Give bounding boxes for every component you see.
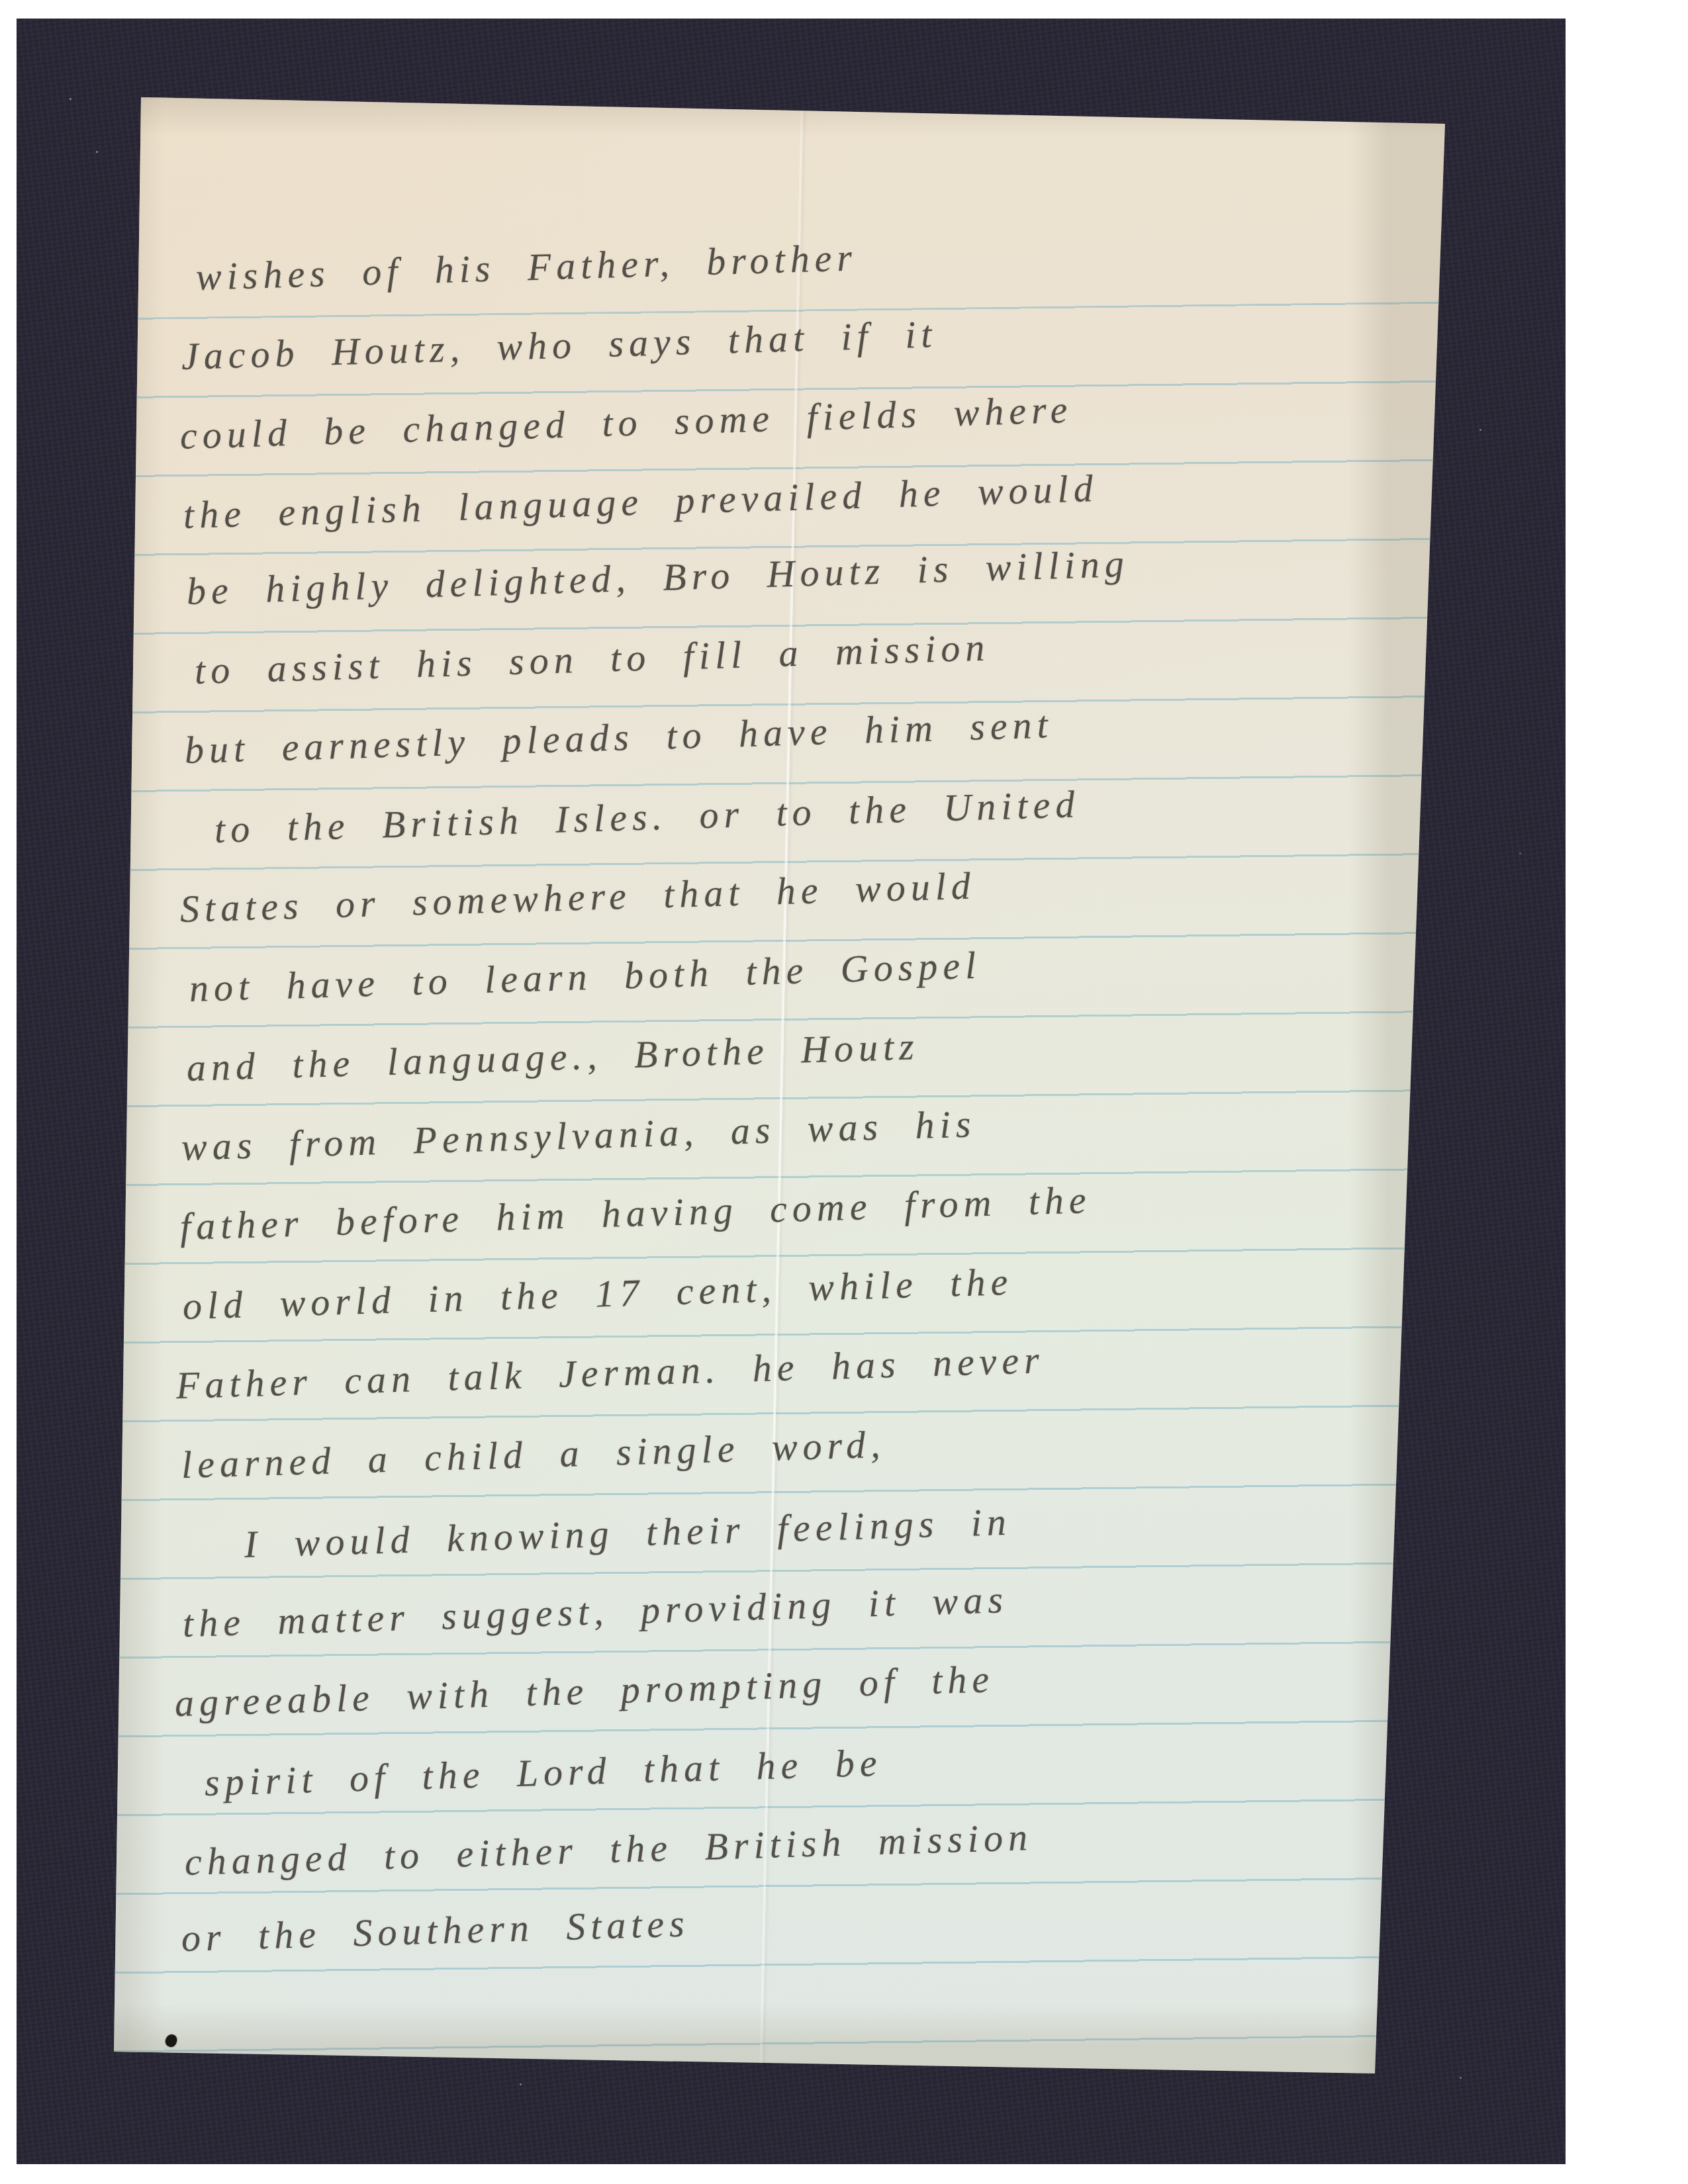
mat-fiber-specks [70, 98, 71, 100]
handwriting-line: but earnestly pleads to have him sent [184, 702, 1054, 772]
handwriting-line: was from Pennsylvania, as was his [181, 1101, 976, 1169]
mat-fiber-specks [96, 151, 98, 153]
handwriting-line: agreeable with the prompting of the [174, 1657, 995, 1725]
letter-page: wishes of his Father, brotherJacob Houtz… [17, 19, 1566, 2164]
handwriting-line: or the Southern States [181, 1901, 690, 1960]
handwriting-line: Jacob Houtz, who says that if it [181, 312, 937, 379]
handwriting-line: not have to learn both the Gospel [189, 943, 982, 1011]
handwriting-line: to assist his son to fill a mission [194, 625, 990, 693]
handwriting-line: old world in the 17 cent, while the [182, 1259, 1013, 1328]
handwriting-line: wishes of his Father, brother [195, 235, 858, 299]
handwriting-line: the english language prevailed he would [183, 466, 1099, 537]
handwriting-line: the matter suggest, providing it was [182, 1577, 1009, 1646]
handwriting-line: and the language., Brothe Houtz [186, 1024, 920, 1090]
handwriting-line: to the British Isles. or to the United [214, 782, 1080, 852]
handwriting-line: States or somewhere that he would [179, 863, 976, 931]
handwriting-line: father before him having come from the [179, 1177, 1092, 1249]
handwriting-line: spirit of the Lord that he be [204, 1741, 882, 1805]
handwriting-text-block: wishes of his Father, brotherJacob Houtz… [17, 19, 1566, 2164]
handwriting-line: could be changed to some fields where [179, 387, 1073, 458]
scan-backing-mat: wishes of his Father, brotherJacob Houtz… [17, 19, 1566, 2164]
handwriting-line: be highly delighted, Bro Houtz is willin… [186, 541, 1130, 614]
handwriting-line: Father can talk Jerman. he has never [175, 1338, 1045, 1408]
handwriting-line: changed to either the British mission [184, 1815, 1033, 1884]
handwriting-line: learned a child a single word, [181, 1422, 886, 1487]
handwriting-line: I would knowing their feelings in [244, 1500, 1012, 1567]
